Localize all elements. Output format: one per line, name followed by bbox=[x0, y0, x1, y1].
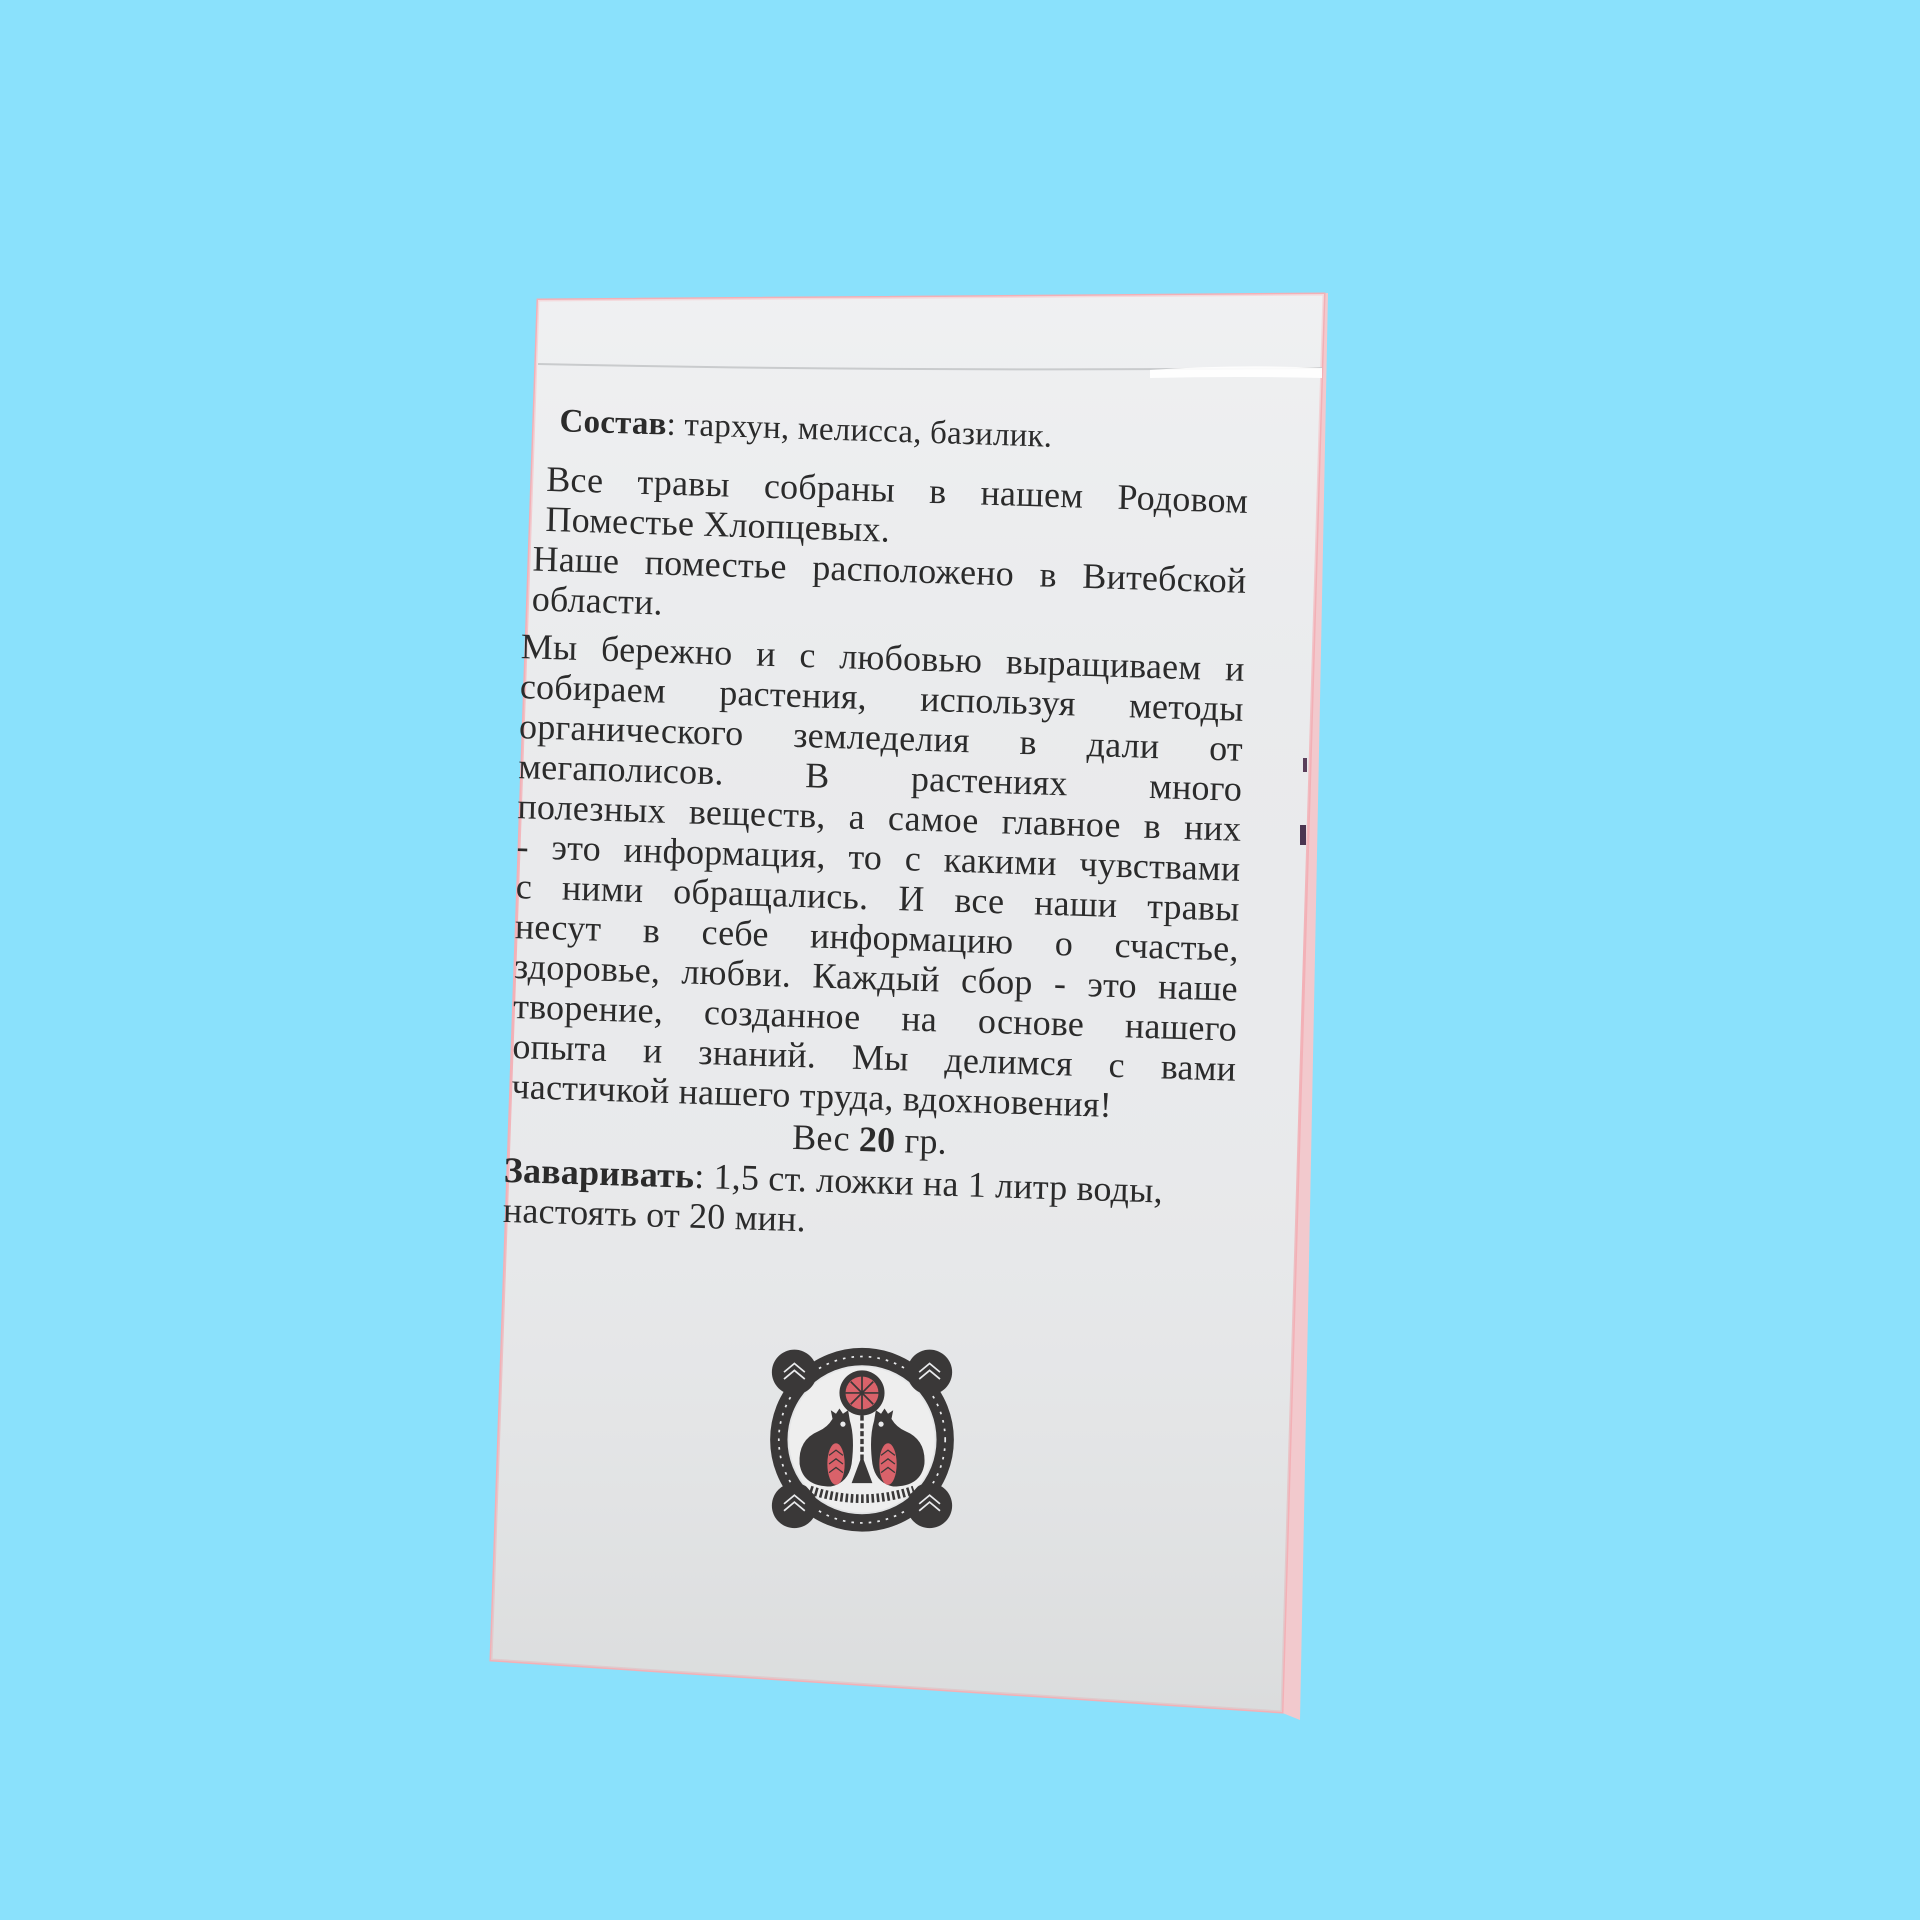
weight-suffix: гр. bbox=[895, 1120, 947, 1162]
weight-value: 20 bbox=[859, 1119, 896, 1160]
brew-label: Заваривать bbox=[503, 1150, 694, 1196]
paragraph-description: Мы бережно и с любовью выращиваем и соби… bbox=[511, 626, 1245, 1129]
composition-label: Состав bbox=[559, 403, 667, 442]
folk-emblem-logo bbox=[758, 1334, 966, 1542]
pouch-label-text: Состав: тархун, мелисса, базилик. Все тр… bbox=[503, 400, 1250, 1253]
weight-prefix: Вес bbox=[792, 1117, 859, 1159]
